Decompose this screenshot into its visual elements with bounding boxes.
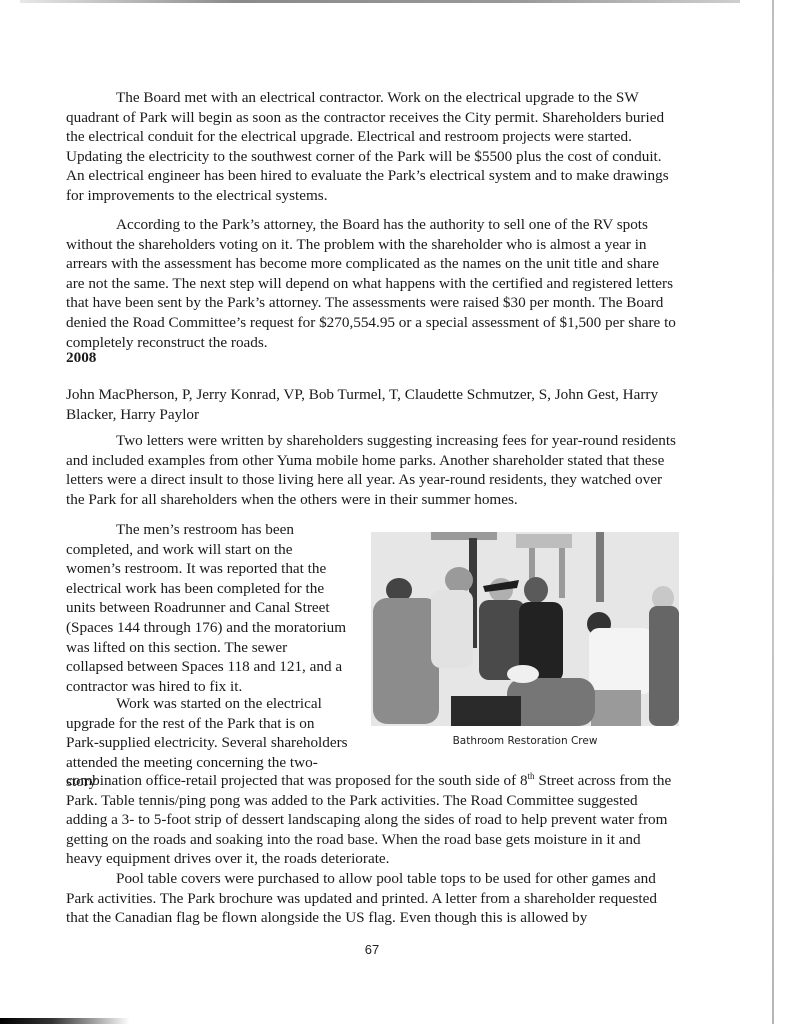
photo-bathroom-restoration-crew — [371, 528, 679, 726]
scan-top-edge — [20, 0, 740, 3]
photo-caption: Bathroom Restoration Crew — [371, 735, 679, 747]
scan-right-edge — [772, 0, 774, 1024]
paragraph-restroom-completed: The men’s restroom has been completed, a… — [66, 520, 348, 696]
paragraph-pool-table-covers: Pool table covers were purchased to allo… — [66, 869, 678, 928]
year-heading: 2008 — [66, 349, 96, 367]
text-segment: combination office-retail projected that… — [66, 772, 528, 789]
page-number: 67 — [66, 942, 678, 957]
paragraph-electrical-contractor: The Board met with an electrical contrac… — [66, 88, 678, 206]
photo-image — [371, 528, 679, 726]
board-members-list: John MacPherson, P, Jerry Konrad, VP, Bo… — [66, 385, 678, 424]
paragraph-attorney-rv-spots: According to the Park’s attorney, the Bo… — [66, 215, 678, 352]
scan-bottom-shadow — [0, 1018, 130, 1024]
paragraph-year-round-fees: Two letters were written by shareholders… — [66, 431, 678, 509]
superscript-ordinal: th — [528, 771, 535, 781]
paragraph-electrical-upgrade-continued: combination office-retail projected that… — [66, 771, 678, 869]
